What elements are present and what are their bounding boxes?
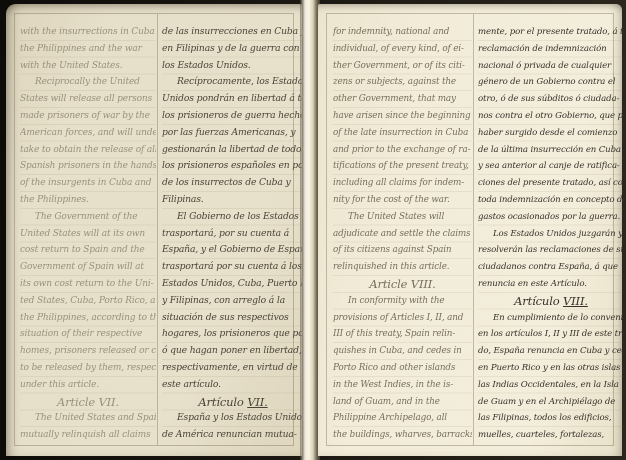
- manuscript-line: with the insurrections in Cuba and: [20, 24, 156, 41]
- manuscript-line: provisions of Articles I, II, and: [333, 310, 472, 327]
- manuscript-line: gestionarán la libertad de todos: [162, 142, 304, 159]
- manuscript-line: Estados Unidos, Cuba, Puerto Rico: [162, 276, 304, 293]
- manuscript-line: In conformity with the: [333, 293, 472, 310]
- manuscript-line: reclamación de indemnización: [478, 41, 624, 58]
- manuscript-line: III of this treaty, Spain relin-: [333, 326, 472, 343]
- manuscript-line: of the insurgents in Cuba and: [20, 175, 156, 192]
- right-page-margin-ruling: for indemnity, national andindividual, o…: [326, 13, 614, 446]
- manuscript-line: quishes in Cuba, and cedes in: [333, 343, 472, 360]
- manuscript-line: nity for the cost of the war.: [333, 192, 472, 209]
- article-heading: Article VII.: [20, 394, 156, 411]
- manuscript-line: ciones del presente tratado, así como á: [478, 175, 624, 192]
- manuscript-line: en Puerto Rico y en las otras islas de: [478, 360, 624, 377]
- manuscript-line: individual, of every kind, of ei-: [333, 41, 472, 58]
- article-heading: Artículo VIII.: [478, 293, 624, 310]
- manuscript-line: Government of Spain will at: [20, 259, 156, 276]
- manuscript-line: respectivamente, en virtud de: [162, 360, 304, 377]
- manuscript-line: situación de sus respectivos: [162, 310, 304, 327]
- left-page: with the insurrections in Cuba andthe Ph…: [6, 4, 302, 456]
- manuscript-line: de los insurrectos de Cuba y: [162, 175, 304, 192]
- manuscript-line: The Government of the: [20, 209, 156, 226]
- manuscript-line: Unidos pondrán en libertad á todos: [162, 91, 304, 108]
- manuscript-line: with the United States.: [20, 58, 156, 75]
- manuscript-line: hogares, los prisioneros que pongan: [162, 326, 304, 343]
- manuscript-line: toda indemnización en concepto de: [478, 192, 624, 209]
- manuscript-line: en los artículos I, II y III de este tra…: [478, 326, 624, 343]
- manuscript-line: Spanish prisoners in the hands: [20, 158, 156, 175]
- manuscript-line: Philippine Archipelago, all: [333, 410, 472, 427]
- manuscript-line: trasportará, por su cuenta á: [162, 226, 304, 243]
- manuscript-line: nos contra el otro Gobierno, que pueda: [478, 108, 624, 125]
- manuscript-line: y Filipinas, con arreglo á la: [162, 293, 304, 310]
- manuscript-line: of the late insurrection in Cuba: [333, 125, 472, 142]
- heading-numeral: VII.: [247, 395, 267, 409]
- right-spanish-column: mente, por el presente tratado, á todare…: [478, 24, 624, 441]
- left-spanish-column: de las insurrecciones en Cuba yen Filipi…: [162, 24, 304, 441]
- manuscript-line: En cumplimiento de lo convenido: [478, 310, 624, 327]
- manuscript-line: haber surgido desde el comienzo: [478, 125, 624, 142]
- manuscript-line: land of Guam, and in the: [333, 394, 472, 411]
- manuscript-line: renuncia en este Artículo.: [478, 276, 624, 293]
- manuscript-line: to be released by them, respectively,: [20, 360, 156, 377]
- manuscript-line: Recíprocamente, los Estados: [162, 74, 304, 91]
- manuscript-line: y sea anterior al canje de ratifica-: [478, 158, 624, 175]
- manuscript-line: tifications of the present treaty,: [333, 158, 472, 175]
- left-page-margin-ruling: with the insurrections in Cuba andthe Ph…: [14, 13, 294, 446]
- manuscript-photo: with the insurrections in Cuba andthe Ph…: [0, 0, 626, 460]
- manuscript-line: the Philippines and the war: [20, 41, 156, 58]
- manuscript-line: los prisioneros de guerra hechos: [162, 108, 304, 125]
- manuscript-line: zens or subjects, against the: [333, 74, 472, 91]
- manuscript-line: por las fuerzas Americanas, y: [162, 125, 304, 142]
- manuscript-line: Filipinas.: [162, 192, 304, 209]
- manuscript-line: las Filipinas, todos los edificios,: [478, 410, 624, 427]
- manuscript-line: de la última insurrección en Cuba: [478, 142, 624, 159]
- heading-word: Artículo: [514, 294, 563, 308]
- manuscript-line: muelles, cuarteles, fortalezas,: [478, 427, 624, 441]
- manuscript-line: homes, prisoners released or caused: [20, 343, 156, 360]
- manuscript-line: other Government, that may: [333, 91, 472, 108]
- right-page-column-divider: [473, 14, 474, 445]
- manuscript-line: mente, por el presente tratado, á toda: [478, 24, 624, 41]
- manuscript-line: American forces, and will under-: [20, 125, 156, 142]
- manuscript-line: los Estados Unidos.: [162, 58, 304, 75]
- manuscript-line: its own cost return to the Uni-: [20, 276, 156, 293]
- manuscript-line: cost return to Spain and the: [20, 242, 156, 259]
- manuscript-line: adjudicate and settle the claims: [333, 226, 472, 243]
- manuscript-line: trasportará por su cuenta á los: [162, 259, 304, 276]
- manuscript-line: The United States and Spain: [20, 410, 156, 427]
- manuscript-line: ther Government, or of its citi-: [333, 58, 472, 75]
- left-english-column: with the insurrections in Cuba andthe Ph…: [20, 24, 156, 441]
- manuscript-line: género de un Gobierno contra el: [478, 74, 624, 91]
- manuscript-line: and prior to the exchange of ra-: [333, 142, 472, 159]
- manuscript-line: Reciprocally the United: [20, 74, 156, 91]
- heading-numeral: VIII.: [563, 294, 588, 308]
- manuscript-line: including all claims for indem-: [333, 175, 472, 192]
- manuscript-line: the Philippines.: [20, 192, 156, 209]
- manuscript-line: de Guam y en el Archipiélago de: [478, 394, 624, 411]
- manuscript-line: otro, ó de sus súbditos ó ciudada-: [478, 91, 624, 108]
- manuscript-line: the buildings, wharves, barracks,: [333, 427, 472, 441]
- manuscript-line: de América renuncian mutua-: [162, 427, 304, 441]
- manuscript-line: mutually relinquish all claims: [20, 427, 156, 441]
- manuscript-line: in the West Indies, in the is-: [333, 377, 472, 394]
- manuscript-line: ó que hagan poner en libertad,: [162, 343, 304, 360]
- manuscript-line: El Gobierno de los Estados Unidos: [162, 209, 304, 226]
- left-page-column-divider: [157, 14, 158, 445]
- manuscript-line: las Indias Occidentales, en la Isla: [478, 377, 624, 394]
- manuscript-line: take to obtain the release of all: [20, 142, 156, 159]
- manuscript-line: de las insurrecciones en Cuba y: [162, 24, 304, 41]
- manuscript-line: ted States, Cuba, Porto Rico, and: [20, 293, 156, 310]
- right-english-column: for indemnity, national andindividual, o…: [333, 24, 472, 441]
- manuscript-line: of its citizens against Spain: [333, 242, 472, 259]
- manuscript-line: este artículo.: [162, 377, 304, 394]
- manuscript-line: States will release all persons: [20, 91, 156, 108]
- manuscript-line: en Filipinas y de la guerra con: [162, 41, 304, 58]
- article-heading: Artículo VII.: [162, 394, 304, 411]
- manuscript-line: for indemnity, national and: [333, 24, 472, 41]
- article-heading: Article VIII.: [333, 276, 472, 293]
- manuscript-line: made prisoners of war by the: [20, 108, 156, 125]
- manuscript-line: The United States will: [333, 209, 472, 226]
- manuscript-line: have arisen since the beginning: [333, 108, 472, 125]
- manuscript-line: nacional ó privada de cualquier: [478, 58, 624, 75]
- manuscript-line: los prisioneros españoles en poder: [162, 158, 304, 175]
- manuscript-line: United States will at its own: [20, 226, 156, 243]
- manuscript-line: do, España renuncia en Cuba y cede: [478, 343, 624, 360]
- book-gutter: [300, 0, 320, 460]
- manuscript-line: under this article.: [20, 377, 156, 394]
- manuscript-line: relinquished in this article.: [333, 259, 472, 276]
- manuscript-line: the Philippines, according to the: [20, 310, 156, 327]
- manuscript-line: resolverán las reclamaciones de sus: [478, 242, 624, 259]
- manuscript-line: gastos ocasionados por la guerra.: [478, 209, 624, 226]
- manuscript-line: ciudadanos contra España, á que: [478, 259, 624, 276]
- manuscript-line: España y los Estados Unidos: [162, 410, 304, 427]
- right-page: for indemnity, national andindividual, o…: [318, 4, 622, 456]
- manuscript-line: España, y el Gobierno de España: [162, 242, 304, 259]
- manuscript-line: Porto Rico and other islands: [333, 360, 472, 377]
- heading-word: Artículo: [198, 395, 247, 409]
- manuscript-line: Los Estados Unidos juzgarán y: [478, 226, 624, 243]
- manuscript-line: situation of their respective: [20, 326, 156, 343]
